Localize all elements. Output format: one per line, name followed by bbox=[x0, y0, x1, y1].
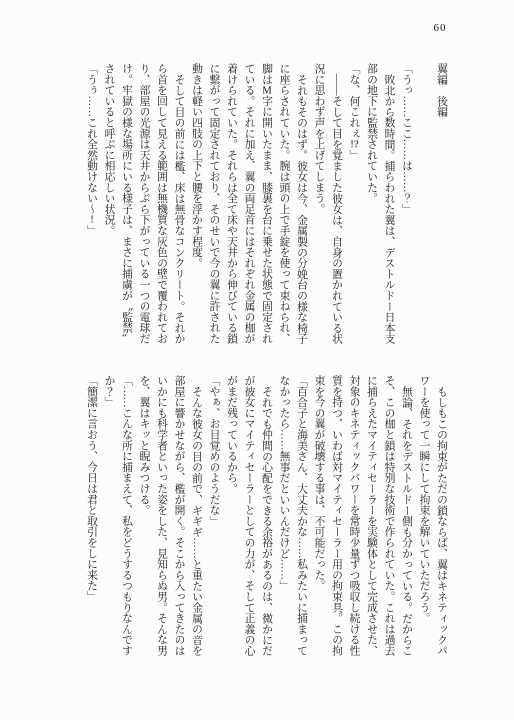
paragraph: それでも仲間の心配をできる余裕があるのは、微かにだが彼女にマイティセーラーとして… bbox=[223, 375, 276, 657]
tate-chu-yoko: !? bbox=[349, 139, 361, 150]
paragraph: そして目の前には檻、床は無骨なコンクリート。それから首を回して見える範囲は無機質… bbox=[100, 63, 188, 345]
paragraph: 「百合子と海美さん、大丈夫かな……私みたいに捕まってなかったら……無事だといいん… bbox=[275, 375, 310, 657]
paragraph: 敗北から数時間。捕らわれた翼は、デストルドー日本支部の地下に監禁されていた。 bbox=[363, 63, 398, 345]
book-page: 60 翼編 後編 「うっ……ここ……は……？」 敗北から数時間。捕らわれた翼は、… bbox=[0, 0, 514, 720]
paragraph: 「な、何これぇ!?」 bbox=[345, 63, 363, 345]
paragraph: 無論、それをデストルドー側も分かっている。だからこそ、この枷と鎖は特別な技術で作… bbox=[310, 375, 415, 657]
paragraph: それもそのはず。彼女は今、金属製の分娩台の様な椅子に座らされていた。腕は頭の上で… bbox=[188, 63, 311, 345]
paragraph: もしもこの拘束がただの鎖ならば、翼はキネティックパワーを使って一瞬にして拘束を解… bbox=[415, 375, 450, 657]
page-number: 60 bbox=[428, 22, 452, 34]
upper-text-block: 翼編 後編 「うっ……ここ……は……？」 敗北から数時間。捕らわれた翼は、デスト… bbox=[60, 63, 450, 345]
paragraph: 「うっ……ここ……は……？」 bbox=[398, 63, 416, 345]
chapter-header: 翼編 後編 bbox=[433, 63, 451, 345]
paragraph: 「やぁ、お目覚めのようだな」 bbox=[205, 375, 223, 657]
tate-chu-yoko: M bbox=[261, 85, 273, 96]
tate-chu-yoko: ! bbox=[86, 214, 98, 225]
lower-text-block: もしもこの拘束がただの鎖ならば、翼はキネティックパワーを使って一瞬にして拘束を解… bbox=[60, 375, 450, 657]
paragraph: ——そして目を覚ました彼女は、自身の置かれている状況に思わず声を上げてしまう。 bbox=[310, 63, 345, 345]
paragraph: そんな彼女の目の前で、ギギギ……と重たい金属の音を部屋に響かせながら、檻が開く。… bbox=[135, 375, 205, 657]
paragraph: 「簡潔に言おう、今日は君と取引をしに来た」 bbox=[83, 375, 101, 657]
paragraph: 「うぅ……これ全然動けない〜!」 bbox=[83, 63, 101, 345]
paragraph: 「……こんな所に捕まえて、私をどうするつもりなんですか？」 bbox=[100, 375, 135, 657]
